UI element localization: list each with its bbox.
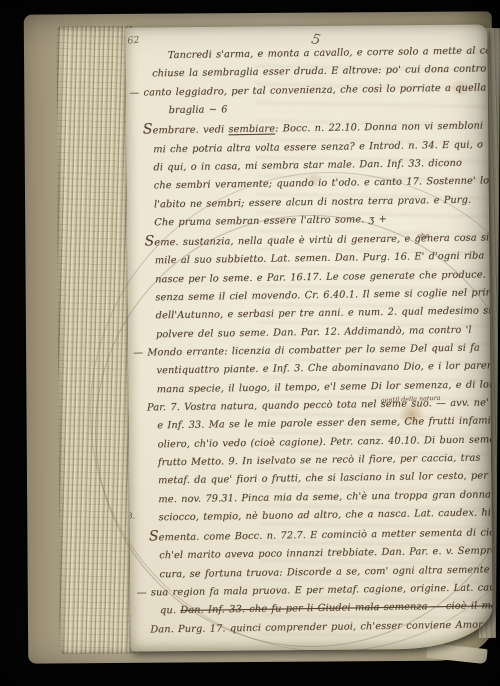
manuscript-photo: 162 5 Tancredi s'arma, e monta a cavallo… xyxy=(0,0,500,686)
torn-page-edges xyxy=(56,26,135,654)
margin-mark: 3. xyxy=(128,512,136,521)
manuscript-page: 162 5 Tancredi s'arma, e monta a cavallo… xyxy=(125,24,492,651)
interlinear-note: che xyxy=(417,232,430,241)
folio-number: 162 xyxy=(125,35,140,48)
handwritten-text: Tancredi s'arma, e monta a cavallo, e co… xyxy=(142,42,493,639)
